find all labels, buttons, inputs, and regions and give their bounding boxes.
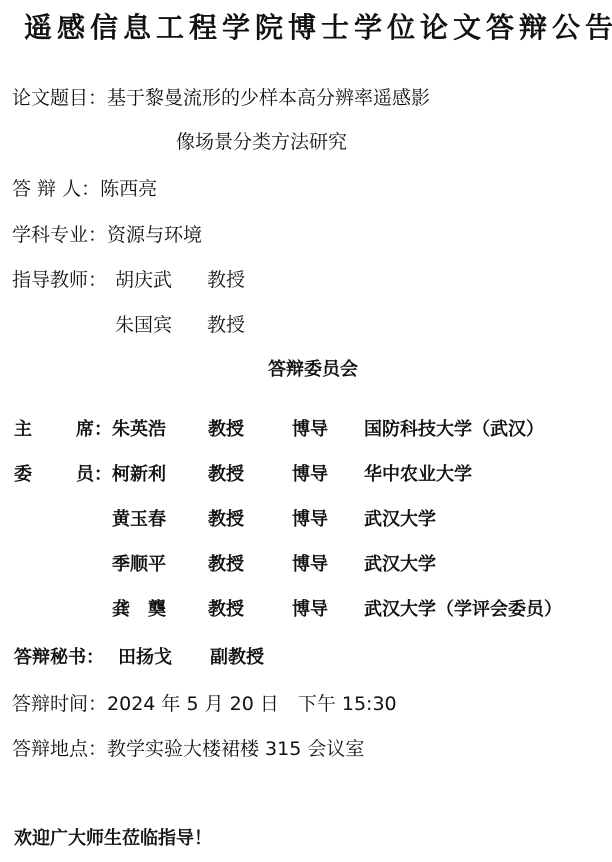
thesis-title-line2: 像场景分类方法研究 [176,130,347,154]
member-role: 博导 [292,463,328,487]
closing-message: 欢迎广大师生莅临指导！ [14,827,212,851]
member-affiliation: 国防科技大学（武汉） [364,418,544,442]
member-name: 朱英浩 [112,418,166,442]
time-value: 2024 年 5 月 20 日 下午 15:30 [107,693,397,715]
member-label-2: 员： [76,463,112,487]
member-title: 教授 [208,508,244,532]
member-name: 龚 龑 [112,598,166,622]
member-name: 柯新利 [112,463,166,487]
member-label-1: 委 [14,463,32,487]
member-title: 教授 [208,463,244,487]
major-label: 学科专业： [12,223,107,247]
defendant-row: 答 辩 人：陈西亮 [12,177,157,201]
member-role: 博导 [292,418,328,442]
defendant-name: 陈西亮 [100,178,157,200]
advisor-row-1: 指导教师： 胡庆武 教授 [12,268,412,292]
advisor-title: 教授 [207,313,245,337]
advisor-name: 胡庆武 [115,268,172,292]
committee-heading: 答辩委员会 [268,358,358,382]
secretary-title: 副教授 [210,646,264,670]
member-affiliation: 武汉大学（学评会委员） [364,598,562,622]
defendant-label: 答 辩 人： [12,177,100,201]
chair-label-2: 席： [76,418,112,442]
location-row: 答辩地点：教学实验大楼裙楼 315 会议室 [12,737,364,761]
location-label: 答辩地点： [12,737,107,761]
thesis-row: 论文题目：基于黎曼流形的少样本高分辨率遥感影 [12,86,430,110]
major-row: 学科专业：资源与环境 [12,223,202,247]
chair-label-1: 主 [14,418,32,442]
advisor-label: 指导教师： [12,268,107,292]
member-title: 教授 [208,598,244,622]
advisor-name: 朱国宾 [115,313,172,337]
time-label: 答辩时间： [12,692,107,716]
advisor-title: 教授 [207,268,245,292]
member-role: 博导 [292,508,328,532]
member-role: 博导 [292,598,328,622]
secretary-name: 田扬戈 [118,646,172,670]
thesis-title-line1: 基于黎曼流形的少样本高分辨率遥感影 [107,87,430,109]
member-title: 教授 [208,418,244,442]
major-value: 资源与环境 [107,224,202,246]
member-role: 博导 [292,553,328,577]
member-name: 季顺平 [112,553,166,577]
member-affiliation: 华中农业大学 [364,463,472,487]
time-row: 答辩时间：2024 年 5 月 20 日 下午 15:30 [12,692,397,716]
member-name: 黄玉春 [112,508,166,532]
member-title: 教授 [208,553,244,577]
secretary-label: 答辩秘书： [14,646,104,670]
thesis-label: 论文题目： [12,86,107,110]
announcement-title: 遥感信息工程学院博士学位论文答辩公告 [24,10,612,46]
member-affiliation: 武汉大学 [364,553,436,577]
location-value: 教学实验大楼裙楼 315 会议室 [107,738,364,760]
member-affiliation: 武汉大学 [364,508,436,532]
